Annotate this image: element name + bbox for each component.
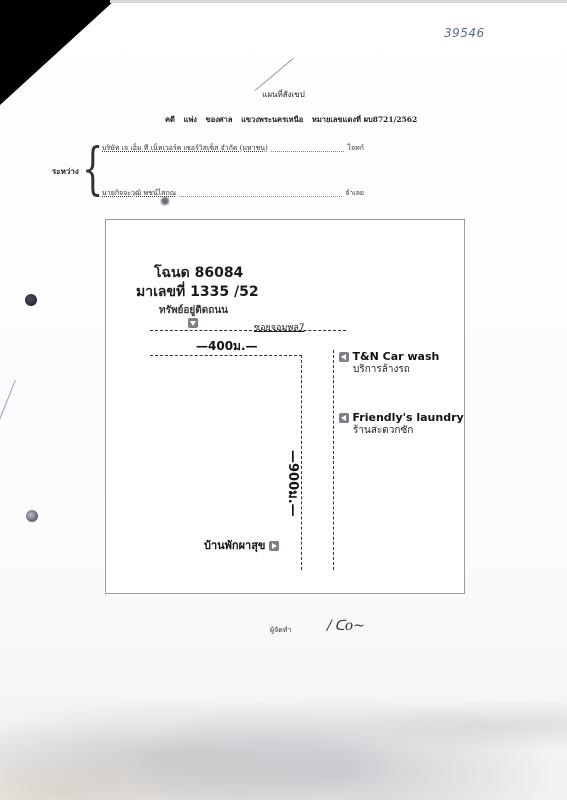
signer-label: ผู้จัดทำ bbox=[270, 625, 291, 636]
dotted-leader bbox=[179, 196, 342, 197]
punch-hole bbox=[25, 294, 37, 306]
plaintiff-role: โจทก์ bbox=[347, 143, 364, 154]
defendant-role: จำเลย bbox=[345, 188, 364, 199]
court-name: แขวงพระนครเหนือ bbox=[241, 115, 303, 124]
poi-laundry: Friendly's laundry ร้านสะดวกซัก bbox=[339, 411, 464, 437]
sketch-map: โฉนด 86084 มาเลขที่ 1335 /52 ทรัพย์อยู่ต… bbox=[105, 219, 465, 594]
plaintiff-name: บริษัท เจ เอ็ม ที เน็ทเวอร์ค เซอร์วิสเซ็… bbox=[102, 143, 268, 154]
distance-vertical: —900ม.— bbox=[283, 450, 304, 517]
poi-name-th: ร้านสะดวกซัก bbox=[339, 424, 464, 437]
signature: / ᑕo~ bbox=[327, 618, 365, 634]
left-arrow-marker-icon bbox=[339, 352, 349, 362]
court-label: ของศาล bbox=[206, 115, 233, 124]
red-case-number: หมายเลขแดงที่ ผบ8721/2562 bbox=[312, 115, 417, 124]
road-right-edge bbox=[333, 350, 334, 570]
road-horizontal bbox=[150, 355, 302, 356]
case-type: แพ่ง bbox=[184, 115, 197, 124]
poi-name-en: T&N Car wash bbox=[353, 350, 440, 363]
case-label: คดี bbox=[165, 115, 175, 124]
pen-stroke bbox=[255, 58, 294, 91]
dotted-leader bbox=[271, 151, 344, 152]
page-edge-shadow bbox=[110, 0, 567, 3]
pencil-mark bbox=[0, 380, 16, 496]
house-number: มาเลขที่ 1335 /52 bbox=[136, 281, 259, 303]
party-plaintiff: บริษัท เจ เอ็ม ที เน็ทเวอร์ค เซอร์วิสเซ็… bbox=[102, 143, 364, 154]
frontage-label: ทรัพย์อยู่ติดถนน bbox=[159, 303, 228, 318]
soi-label: ซอยจอมพล7 bbox=[254, 320, 305, 334]
distance-horizontal: —400ม.— bbox=[196, 337, 258, 356]
right-arrow-marker-icon bbox=[269, 541, 279, 551]
left-arrow-marker-icon bbox=[339, 413, 349, 423]
poi-name-th: บริการล้างรถ bbox=[339, 363, 439, 376]
handwritten-number: 39546 bbox=[444, 26, 485, 40]
road-soi-jompol bbox=[150, 330, 346, 331]
punch-hole bbox=[26, 510, 38, 522]
water-stain bbox=[0, 650, 567, 800]
ink-blot bbox=[160, 195, 170, 207]
down-arrow-marker-icon bbox=[188, 318, 198, 328]
poi-name-th: บ้านพักผาสุข bbox=[204, 539, 265, 552]
between-label: ระหว่าง bbox=[52, 165, 79, 178]
case-line: คดี แพ่ง ของศาล แขวงพระนครเหนือ หมายเลขแ… bbox=[165, 114, 423, 126]
poi-car-wash: T&N Car wash บริการล้างรถ bbox=[339, 350, 439, 376]
page-title: แผนที่สังเขป bbox=[0, 88, 567, 101]
scanned-page: 39546 แผนที่สังเขป คดี แพ่ง ของศาล แขวงพ… bbox=[0, 0, 567, 800]
curly-brace-icon: { bbox=[82, 142, 90, 198]
party-defendant: นายกิจจะวุฒิ พชน์ไสกณ จำเลย bbox=[102, 188, 364, 199]
poi-residence: บ้านพักผาสุข bbox=[204, 539, 279, 552]
poi-name-en: Friendly's laundry bbox=[353, 411, 464, 424]
